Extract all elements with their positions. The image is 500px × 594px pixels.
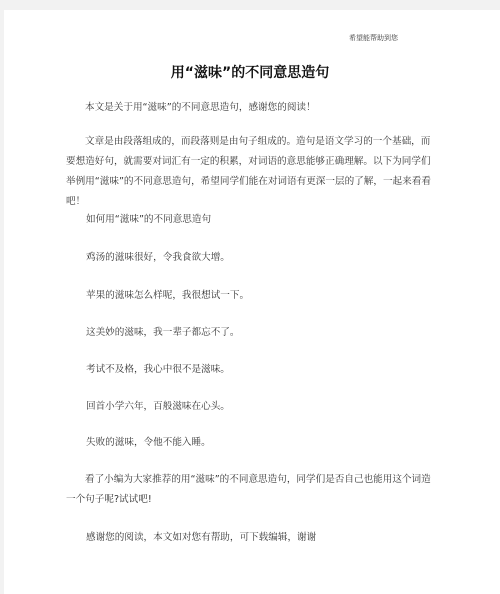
sentence-item: 失败的滋味，令他不能入睡。 [86,433,458,453]
closing-paragraph: 看了小编为大家推荐的用“滋味”的不同意思造句，同学们是否自己也能用这个词造一个句… [66,470,438,510]
header-note: 希望能帮助到您 [349,33,398,43]
sentence-item: 考试不及格，我心中很不是滋味。 [86,360,458,380]
thanks-text: 感谢您的阅读，本文如对您有帮助，可下载编辑，谢谢 [86,528,458,548]
intro-text: 本文是关于用“滋味”的不同意思造句，感谢您的阅读！ [66,98,438,118]
sentence-item: 回首小学六年，百般滋味在心头。 [86,397,458,417]
document-title: 用“滋味”的不同意思造句 [0,62,500,82]
sentence-item: 鸡汤的滋味很好，令我食欲大增。 [86,248,458,268]
body-paragraph: 文章是由段落组成的，而段落则是由句子组成的。造句是语文学习的一个基础，而要想造好… [66,132,438,212]
sentence-item: 这美妙的滋味，我一辈子都忘不了。 [86,323,458,343]
subheading: 如何用“滋味”的不同意思造句 [86,210,458,230]
sentence-item: 苹果的滋味怎么样呢，我很想试一下。 [86,286,458,306]
